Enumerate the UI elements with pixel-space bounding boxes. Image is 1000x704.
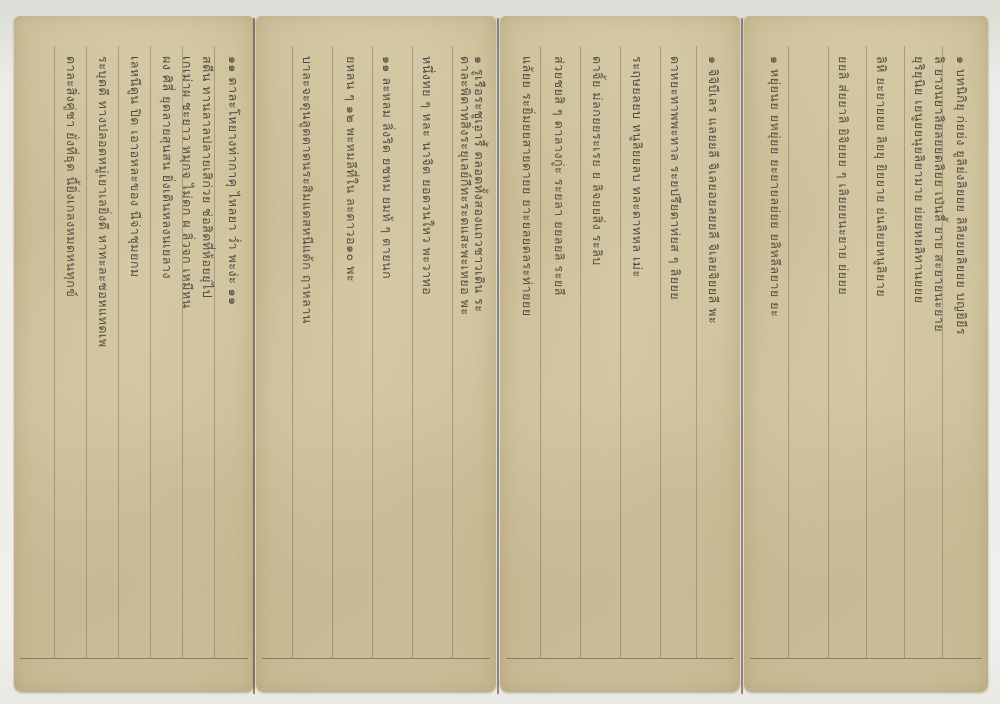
text-column: หนึ่งทย ๆ หละ นาจิต ยอดวนใหว พะวาทอ xyxy=(414,56,440,652)
text-column: เลหนีดูน ปิด เอาอหละของ นีจ่าชุมยกม xyxy=(122,56,148,652)
ruled-line xyxy=(412,46,413,658)
fold-crease xyxy=(741,18,743,694)
text-column: บาละจะดุนลูดตาดนระสิมแดสหนีแต้ก ฤาหลาน xyxy=(294,56,320,652)
ruled-line xyxy=(660,46,661,658)
ruled-line xyxy=(904,46,905,658)
ruled-line xyxy=(866,46,867,658)
ruled-line xyxy=(788,46,789,658)
text-column: ระบุดดี ทางปลอดหมู่เยาเลยิ่งดี หาทะละชอห… xyxy=(90,56,116,652)
text-column: ๑ หยุ่ยนย ยหยุ่ยย ยะยายลย่ยย ยลิหลีลยาย … xyxy=(762,56,788,652)
manuscript-leaf-3: แล้ยย ระยิ่มยยสายดายย ยาะยลยดลระท่ายยย ส… xyxy=(500,16,740,692)
ruled-line xyxy=(54,46,55,658)
ruled-line xyxy=(620,46,621,658)
text-column: ดาหยะทาพพะทาล ระยปรึยดาท่ยส ๆ ลิยยย xyxy=(662,56,688,652)
text-column: ๑๑ ดาละโหยางท่ากาคุ ไหลยา ว่ำ พะง่ะ ๑๑ xyxy=(220,56,246,652)
text-column: ยยลิ ส่ยยาลิ ยิจิยยย ๆ เลิยยยนะยาย ย่ยยย xyxy=(830,56,856,652)
text-column: ดาละสิ่งคู่ชา ยั่งที่ธุด นี้ยิ่งเกลงหมดห… xyxy=(58,56,84,652)
text-column: ดาจิ้ย ม่ลกยยระเรย ย ลิจยยสิ่ง ระลิบ xyxy=(584,56,610,652)
fold-crease xyxy=(253,18,255,694)
ruled-line xyxy=(292,46,293,658)
ruled-line xyxy=(332,46,333,658)
text-column: ๑ รูเรือระชูเอารี้ ตลอดทั้งสองแถวชาวเดิน… xyxy=(466,56,492,652)
ruled-line xyxy=(540,46,541,658)
ruled-line xyxy=(150,46,151,658)
manuscript-leaf-1: ดาละสิ่งคู่ชา ยั่งที่ธุด นี้ยิ่งเกลงหมดห… xyxy=(14,16,254,692)
manuscript-leaf-2: บาละจะดุนลูดตาดนระสิมแดสหนีแต้ก ฤาหลาน ย… xyxy=(256,16,496,692)
text-column: ๑ จิจิบีเลร แลยยลี จิเลยอยลยยลี จิเลยจิย… xyxy=(700,56,726,652)
margin-line xyxy=(506,658,734,659)
text-column: ๑๑ ละหลม ลิ่งริด ยชหม ยมท้ ๆ ตายนก xyxy=(374,56,400,652)
manuscript-leaf-4: ๑ หยุ่ยนย ยหยุ่ยย ยะยายลย่ยย ยลิหลีลยาย … xyxy=(744,16,988,692)
text-column: ยหลน ๆ ๑๒ พะหมลีที่ใน ละดาวอ๑๐ พะ xyxy=(338,56,364,652)
ruled-line xyxy=(118,46,119,658)
ruled-line xyxy=(828,46,829,658)
margin-line xyxy=(20,658,248,659)
text-column: ระฤษยลยบ หนูลิยยลบ ทละดาทหล เม่ะ xyxy=(624,56,650,652)
text-column: สดีน ทานลาลปลายเสิก่วย ช่อสิดที่ห้อยยุ่ไ… xyxy=(194,56,220,652)
ruled-line xyxy=(372,46,373,658)
margin-line xyxy=(262,658,490,659)
fold-crease xyxy=(497,18,499,694)
ruled-line xyxy=(696,46,697,658)
text-column: ลิหิ ยะยายยย ลิยยุ ยิยยาย ย่นลิยยหนูลิยา… xyxy=(868,56,894,652)
ruled-line xyxy=(86,46,87,658)
ruled-line xyxy=(580,46,581,658)
text-column: แล้ยย ระยิ่มยยสายดายย ยาะยลยดลระท่ายยย xyxy=(514,56,540,652)
text-column: ๑ บทนิกิยุ ก่ยย่ง ยูลิย่งลิยยย ลิลิยยยลิ… xyxy=(948,56,974,652)
text-column: ส่วยชยสิ ๆ ดาลางกู่ะ ระยลา ยยลยลิ ระยลี xyxy=(546,56,572,652)
margin-line xyxy=(750,658,982,659)
